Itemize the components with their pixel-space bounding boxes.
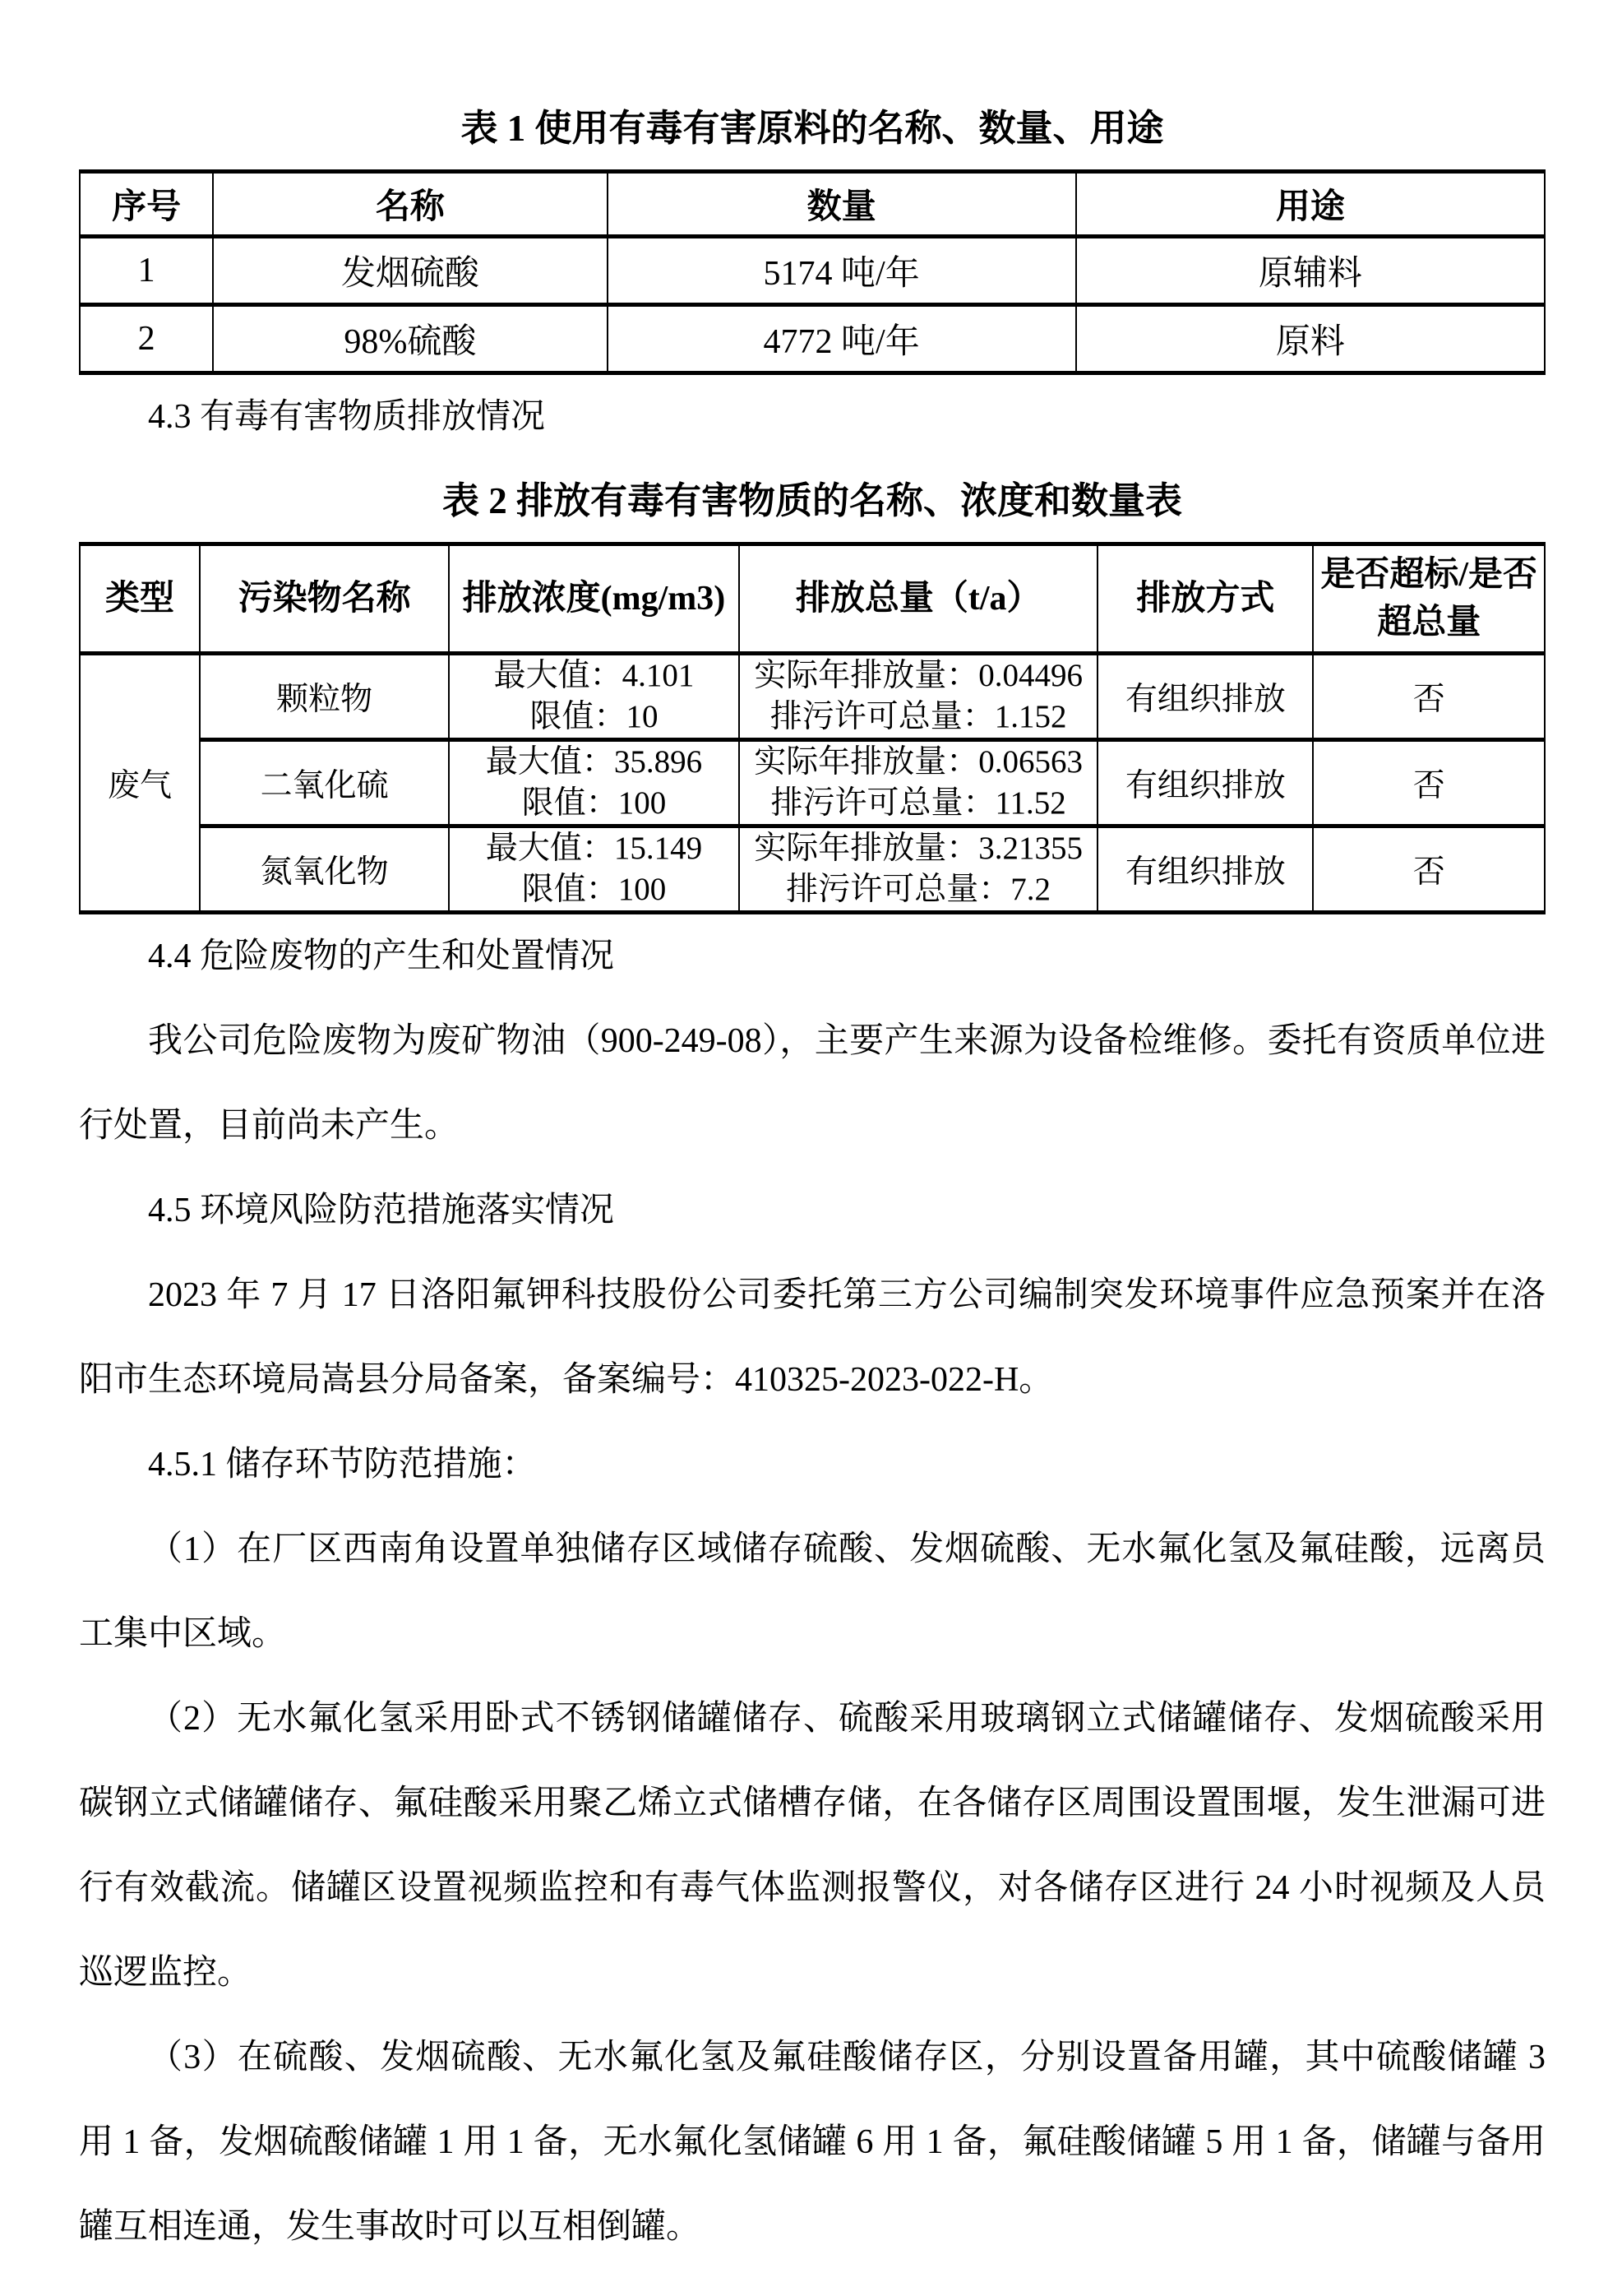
total-permit: 排污许可总量：1.152 [745, 697, 1093, 738]
table2-exceed-cell: 否 [1313, 826, 1545, 913]
section-4-5-heading: 4.5 环境风险防范措施落实情况 [79, 1169, 1546, 1253]
table2-method-cell: 有组织排放 [1098, 740, 1313, 826]
section-4-4-heading: 4.4 危险废物的产生和处置情况 [79, 914, 1546, 999]
paragraph-emergency-plan: 2023 年 7 月 17 日洛阳氟钾科技股份公司委托第三方公司编制突发环境事件… [79, 1253, 1546, 1423]
section-4-3-heading: 4.3 有毒有害物质排放情况 [79, 375, 1546, 460]
table2-concentration-cell: 最大值：15.149 限值：100 [449, 826, 739, 913]
paragraph-measure-2: （2）无水氟化氢采用卧式不锈钢储罐储存、硫酸采用玻璃钢立式储罐储存、发烟硫酸采用… [79, 1677, 1546, 2016]
total-actual: 实际年排放量：0.04496 [745, 655, 1093, 697]
table2-total-cell: 实际年排放量：0.04496 排污许可总量：1.152 [739, 654, 1098, 740]
table2-header-row: 类型 污染物名称 排放浓度(mg/m3) 排放总量（t/a） 排放方式 是否超标… [80, 544, 1545, 654]
table2-total-cell: 实际年排放量：3.21355 排污许可总量：7.2 [739, 826, 1098, 913]
paragraph-measure-1: （1）在厂区西南角设置单独储存区域储存硫酸、发烟硫酸、无水氟化氢及氟硅酸，远离员… [79, 1507, 1546, 1677]
table2-header-cell: 是否超标/是否超总量 [1313, 544, 1545, 654]
table1-header-cell: 名称 [213, 172, 607, 237]
table2-header-cell: 排放方式 [1098, 544, 1313, 654]
table2-row: 废气 颗粒物 最大值：4.101 限值：10 实际年排放量：0.04496 排污… [80, 654, 1545, 740]
table2-header-cell: 排放浓度(mg/m3) [449, 544, 739, 654]
table2-type-cell: 废气 [80, 654, 200, 913]
table2-exceed-cell: 否 [1313, 740, 1545, 826]
paragraph-hazardous-waste: 我公司危险废物为废矿物油（900-249-08），主要产生来源为设备检维修。委托… [79, 999, 1546, 1169]
table2-concentration-cell: 最大值：4.101 限值：10 [449, 654, 739, 740]
table1-header-cell: 用途 [1076, 172, 1545, 237]
table1-cell: 原辅料 [1076, 237, 1545, 305]
total-permit: 排污许可总量：11.52 [745, 783, 1093, 824]
concentration-limit: 限值：100 [455, 783, 733, 824]
table2-header-cell: 污染物名称 [200, 544, 449, 654]
concentration-max: 最大值：35.896 [455, 742, 733, 783]
total-actual: 实际年排放量：0.06563 [745, 742, 1093, 783]
concentration-max: 最大值：15.149 [455, 828, 733, 869]
table2-emissions: 类型 污染物名称 排放浓度(mg/m3) 排放总量（t/a） 排放方式 是否超标… [79, 542, 1546, 914]
concentration-max: 最大值：4.101 [455, 655, 733, 697]
table1-cell: 1 [80, 237, 213, 305]
table2-row: 二氧化硫 最大值：35.896 限值：100 实际年排放量：0.06563 排污… [80, 740, 1545, 826]
table2-pollutant-cell: 氮氧化物 [200, 826, 449, 913]
table1-header-cell: 数量 [608, 172, 1076, 237]
paragraph-measure-3: （3）在硫酸、发烟硫酸、无水氟化氢及氟硅酸储存区，分别设置备用罐，其中硫酸储罐 … [79, 2016, 1546, 2270]
table1-cell: 5174 吨/年 [608, 237, 1076, 305]
table1-cell: 发烟硫酸 [213, 237, 607, 305]
table2-header-cell: 排放总量（t/a） [739, 544, 1098, 654]
table2-row: 氮氧化物 最大值：15.149 限值：100 实际年排放量：3.21355 排污… [80, 826, 1545, 913]
document-page: 表 1 使用有毒有害原料的名称、数量、用途 序号 名称 数量 用途 1 发烟硫酸… [0, 0, 1622, 2296]
table1-row: 2 98%硫酸 4772 吨/年 原料 [80, 305, 1545, 373]
concentration-limit: 限值：10 [455, 697, 733, 738]
total-permit: 排污许可总量：7.2 [745, 869, 1093, 910]
table2-concentration-cell: 最大值：35.896 限值：100 [449, 740, 739, 826]
table1-header-cell: 序号 [80, 172, 213, 237]
table1-cell: 4772 吨/年 [608, 305, 1076, 373]
total-actual: 实际年排放量：3.21355 [745, 828, 1093, 869]
table1-cell: 2 [80, 305, 213, 373]
table2-pollutant-cell: 二氧化硫 [200, 740, 449, 826]
section-4-5-1-heading: 4.5.1 储存环节防范措施： [79, 1423, 1546, 1507]
table2-method-cell: 有组织排放 [1098, 826, 1313, 913]
table2-exceed-cell: 否 [1313, 654, 1545, 740]
table2-method-cell: 有组织排放 [1098, 654, 1313, 740]
table1-header-row: 序号 名称 数量 用途 [80, 172, 1545, 237]
table1-caption: 表 1 使用有毒有害原料的名称、数量、用途 [79, 87, 1546, 169]
table1-cell: 98%硫酸 [213, 305, 607, 373]
table1-row: 1 发烟硫酸 5174 吨/年 原辅料 [80, 237, 1545, 305]
table2-total-cell: 实际年排放量：0.06563 排污许可总量：11.52 [739, 740, 1098, 826]
concentration-limit: 限值：100 [455, 869, 733, 910]
table1-cell: 原料 [1076, 305, 1545, 373]
table2-caption: 表 2 排放有毒有害物质的名称、浓度和数量表 [79, 460, 1546, 542]
table2-header-cell: 类型 [80, 544, 200, 654]
table2-pollutant-cell: 颗粒物 [200, 654, 449, 740]
table1-raw-materials: 序号 名称 数量 用途 1 发烟硫酸 5174 吨/年 原辅料 2 98%硫酸 … [79, 169, 1546, 375]
